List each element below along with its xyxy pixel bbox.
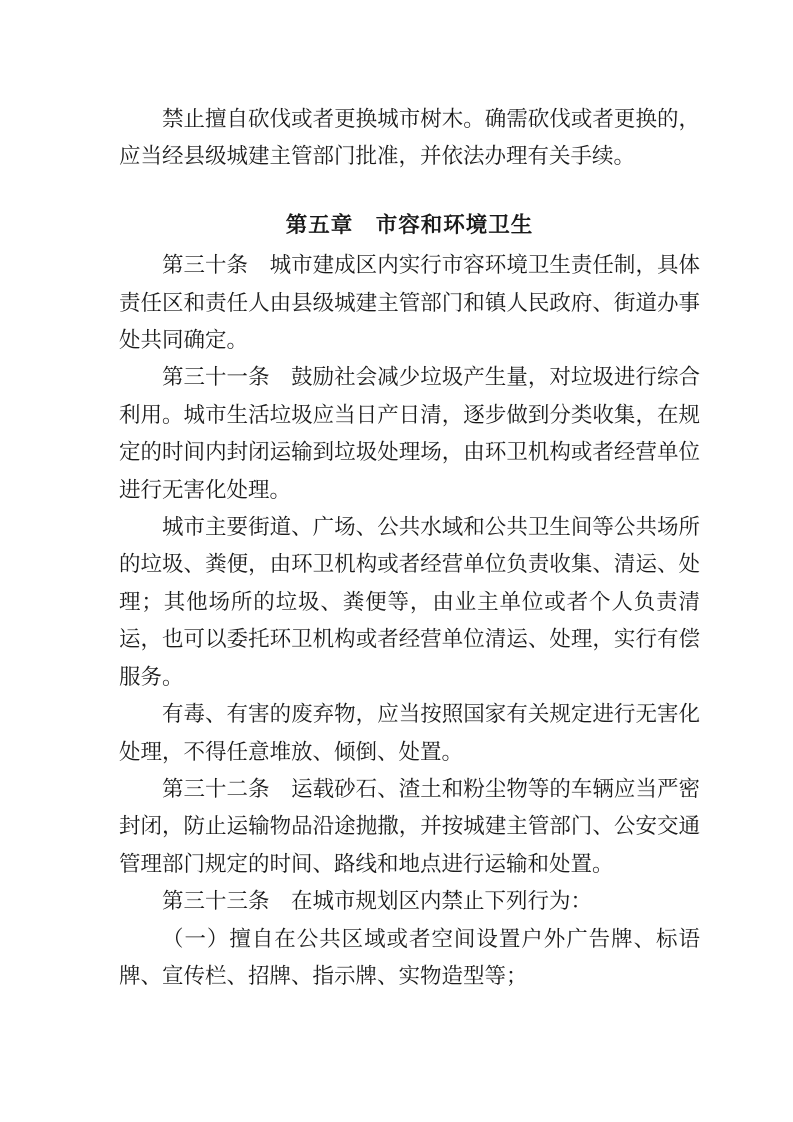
paragraph-hazardous-waste: 有毒、有害的废弃物，应当按照国家有关规定进行无害化处理，不得任意堆放、倾倒、处置…	[119, 696, 700, 771]
article-31-public-places-paragraph: 城市主要街道、广场、公共水域和公共卫生间等公共场所的垃圾、粪便，由环卫机构或者经…	[119, 509, 700, 696]
article-30: 第三十条 城市建成区内实行市容环境卫生责任制，具体责任区和责任人由县级城建主管部…	[119, 247, 700, 359]
article-31: 第三十一条 鼓励社会减少垃圾产生量，对垃圾进行综合利用。城市生活垃圾应当日产日清…	[119, 359, 700, 509]
article-33: 第三十三条 在城市规划区内禁止下列行为：	[119, 883, 700, 920]
paragraph-tree-felling: 禁止擅自砍伐或者更换城市树木。确需砍伐或者更换的，应当经县级城建主管部门批准，并…	[119, 101, 700, 176]
document-page: 禁止擅自砍伐或者更换城市树木。确需砍伐或者更换的，应当经县级城建主管部门批准，并…	[0, 0, 793, 1122]
article-33-item-1: （一）擅自在公共区域或者空间设置户外广告牌、标语牌、宣传栏、招牌、指示牌、实物造…	[119, 921, 700, 996]
chapter-5-heading: 第五章 市容和环境卫生	[119, 207, 700, 244]
article-32: 第三十二条 运载砂石、渣土和粉尘物等的车辆应当严密封闭，防止运输物品沿途抛撒，并…	[119, 771, 700, 883]
